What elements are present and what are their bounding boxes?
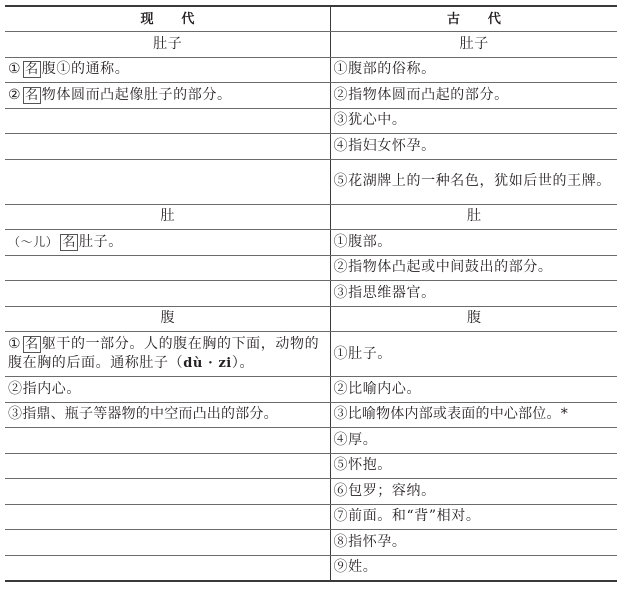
sense-number: ① [8,336,21,352]
word-modern: 腹 [5,306,330,332]
sense-text: 躯干的一部分。人的腹在胸的下面，动物的腹在胸的后面。通称肚子（ [8,336,319,371]
modern-sense-empty [5,479,330,505]
table-row: ⑧指怀孕。 [5,530,617,556]
modern-sense-empty [5,159,330,204]
sense-text: 肚子。 [79,234,123,250]
table-row: ②指物体凸起或中间鼓出的部分。 [5,255,617,281]
word-modern: 肚 [5,204,330,230]
ancient-sense: ⑤花湖牌上的一种名色，犹如后世的王牌。 [330,159,617,204]
ancient-sense: ②比喻内心。 [330,377,617,403]
sense-text: 物体圆而凸起像肚子的部分。 [42,87,232,103]
sense-number: ② [8,87,21,103]
word-row-fu: 腹 腹 [5,306,617,332]
modern-sense-empty [5,555,330,581]
ancient-sense: ①腹部的俗称。 [330,57,617,83]
ancient-sense: ⑨姓。 [330,555,617,581]
table-row: ⑥包罗；容纳。 [5,479,617,505]
modern-vs-ancient-meaning-table: 现 代 古 代 肚子 肚子 ①名腹①的通称。 ①腹部的俗称。 ②名物体圆而凸起像… [5,5,617,582]
ancient-sense: ⑧指怀孕。 [330,530,617,556]
word-ancient: 肚 [330,204,617,230]
header-row: 现 代 古 代 [5,6,617,32]
word-ancient: 肚子 [330,32,617,58]
modern-sense-empty [5,281,330,307]
ancient-sense: ②指物体凸起或中间鼓出的部分。 [330,255,617,281]
sense-number: ① [8,61,21,77]
ancient-sense: ①肚子。 [330,332,617,377]
word-row-duzi: 肚子 肚子 [5,32,617,58]
table-row: ①名腹①的通称。 ①腹部的俗称。 [5,57,617,83]
ancient-sense: ④指妇女怀孕。 [330,134,617,160]
word-row-du: 肚 肚 [5,204,617,230]
table-row: ④厚。 [5,428,617,454]
ancient-sense: ③犹心中。 [330,108,617,134]
ancient-sense: ④厚。 [330,428,617,454]
modern-sense: ①名躯干的一部分。人的腹在胸的下面，动物的腹在胸的后面。通称肚子（dù · zi… [5,332,330,377]
pinyin: dù · zi [183,356,232,371]
modern-sense: （～儿）名肚子。 [5,230,330,256]
ancient-sense: ⑦前面。和“背”相对。 [330,504,617,530]
ancient-sense: ⑤怀抱。 [330,453,617,479]
word-modern: 肚子 [5,32,330,58]
ancient-sense: ③比喻物体内部或表面的中心部位。* [330,402,617,428]
table-row: ⑤怀抱。 [5,453,617,479]
header-modern: 现 代 [5,6,330,32]
noun-tag: 名 [60,234,78,251]
table-row: ③指思维器官。 [5,281,617,307]
noun-tag: 名 [23,336,41,353]
table-row: ②指内心。 ②比喻内心。 [5,377,617,403]
table-row: （～儿）名肚子。 ①腹部。 [5,230,617,256]
word-ancient: 腹 [330,306,617,332]
noun-tag: 名 [23,61,41,78]
table-row: ⑤花湖牌上的一种名色，犹如后世的王牌。 [5,159,617,204]
noun-tag: 名 [23,87,41,104]
ancient-sense: ②指物体圆而凸起的部分。 [330,83,617,109]
ancient-sense: ③指思维器官。 [330,281,617,307]
modern-sense-empty [5,504,330,530]
table-row: ①名躯干的一部分。人的腹在胸的下面，动物的腹在胸的后面。通称肚子（dù · zi… [5,332,617,377]
sense-number: （～儿） [8,235,58,249]
table-row: ⑦前面。和“背”相对。 [5,504,617,530]
modern-sense-empty [5,134,330,160]
modern-sense-empty [5,108,330,134]
modern-sense: ①名腹①的通称。 [5,57,330,83]
modern-sense-empty [5,530,330,556]
table-row: ⑨姓。 [5,555,617,581]
modern-sense: ②指内心。 [5,377,330,403]
sense-text-tail: ）。 [232,355,254,371]
modern-sense-empty [5,255,330,281]
table-row: ③指鼎、瓶子等器物的中空而凸出的部分。 ③比喻物体内部或表面的中心部位。* [5,402,617,428]
ancient-sense: ①腹部。 [330,230,617,256]
sense-text: 腹①的通称。 [42,61,130,77]
table-row: ③犹心中。 [5,108,617,134]
ancient-sense: ⑥包罗；容纳。 [330,479,617,505]
modern-sense: ②名物体圆而凸起像肚子的部分。 [5,83,330,109]
table-row: ④指妇女怀孕。 [5,134,617,160]
header-ancient: 古 代 [330,6,617,32]
modern-sense: ③指鼎、瓶子等器物的中空而凸出的部分。 [5,402,330,428]
table-row: ②名物体圆而凸起像肚子的部分。 ②指物体圆而凸起的部分。 [5,83,617,109]
modern-sense-empty [5,428,330,454]
modern-sense-empty [5,453,330,479]
